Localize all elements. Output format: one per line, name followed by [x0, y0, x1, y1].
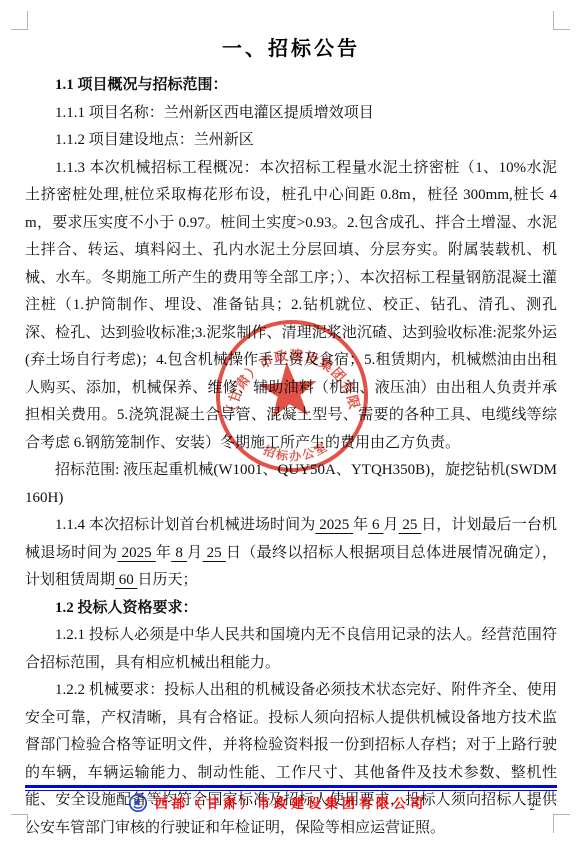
blank-filled-value-duration: 60	[115, 572, 138, 588]
para-1-1-4-schedule: 1.1.4 本次招标计划首台机械进场时间为 2025 年 6 月 25 日，计划…	[25, 512, 557, 595]
blank-filled-value-month: 8	[171, 545, 187, 561]
blank-filled-value-day: 25	[202, 545, 225, 561]
text-segment: 日历天；	[138, 572, 198, 588]
section-heading-1-2: 1.2 投标人资格要求：	[25, 595, 557, 623]
margin-corner-mark-top-right	[553, 11, 570, 30]
text-segment: 月	[383, 517, 398, 533]
footer: 西部（甘肃）市政建设集团有限公司 2	[25, 792, 557, 818]
section-heading-1-1: 1.1 项目概况与招标范围：	[25, 72, 557, 100]
blank-filled-value-month: 6	[368, 517, 383, 533]
para-bid-scope: 招标范围: 液压起重机械(W1001、QUY50A、YTQH350B)，旋挖钻机…	[25, 457, 557, 512]
document-body: 一、招标公告 1.1 项目概况与招标范围： 1.1.1 项目名称：兰州新区西电灌…	[25, 34, 557, 842]
para-1-1-1-project-name: 1.1.1 项目名称：兰州新区西电灌区提质增效项目	[25, 100, 557, 128]
text-segment: 1.1.4 本次招标计划首台机械进场时间为	[55, 517, 315, 533]
text-segment: 年	[353, 517, 368, 533]
page-number: 2	[530, 801, 536, 813]
margin-corner-mark-top-left	[11, 11, 28, 30]
blank-filled-value-day: 25	[398, 517, 421, 533]
blank-filled-value-year: 2025	[117, 545, 155, 561]
blank-filled-value-year: 2025	[315, 517, 353, 533]
company-logo-icon	[128, 793, 148, 813]
document-title: 一、招标公告	[25, 34, 557, 64]
para-1-1-3-project-overview: 1.1.3 本次机械招标工程概况：本次招标工程量水泥土挤密桩（1、10%水泥土挤…	[25, 155, 557, 458]
footer-company-name: 西部（甘肃）市政建设集团有限公司	[25, 792, 557, 816]
footer-divider	[25, 785, 557, 791]
para-1-2-1-bidder-qualification: 1.2.1 投标人必须是中华人民共和国境内无不良信用记录的法人。经营范围符合招标…	[25, 622, 557, 677]
para-1-1-2-project-location: 1.1.2 项目建设地点：兰州新区	[25, 127, 557, 155]
text-segment: 月	[187, 545, 202, 561]
document-page: 一、招标公告 1.1 项目概况与招标范围： 1.1.1 项目名称：兰州新区西电灌…	[0, 0, 582, 846]
text-segment: 年	[156, 545, 171, 561]
